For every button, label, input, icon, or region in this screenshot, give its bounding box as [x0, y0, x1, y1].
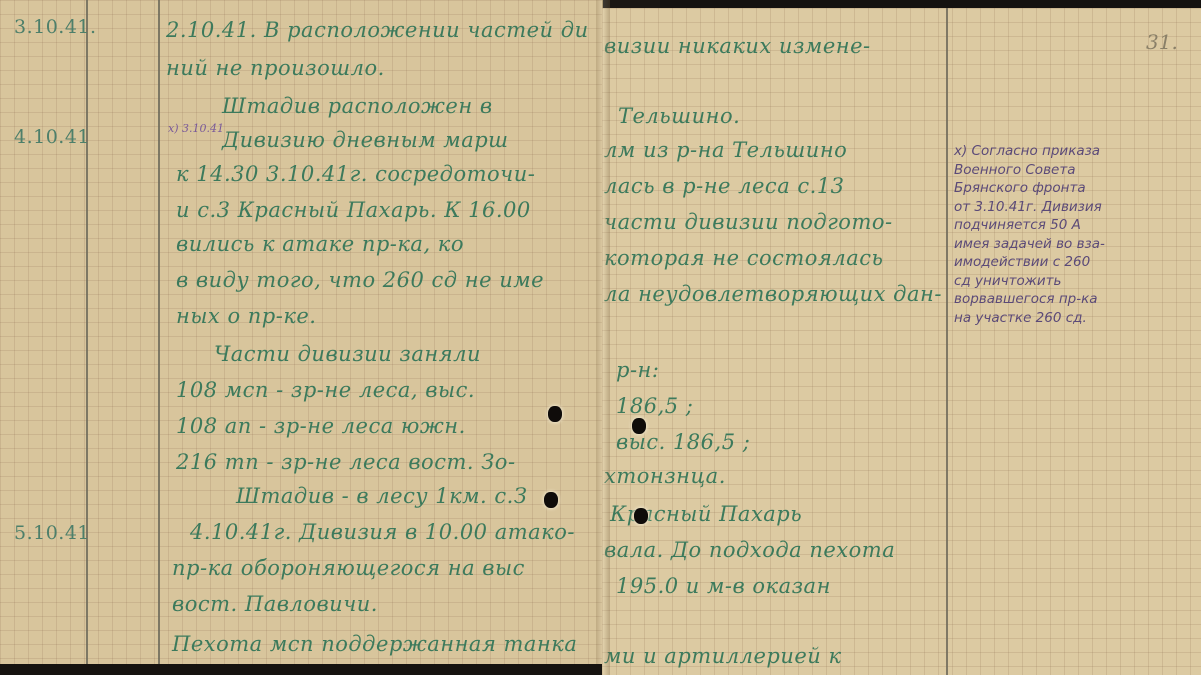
diary-line: пр-ка обороняющегося на выс	[172, 556, 525, 580]
margin-note-line: ворвавшегося пр-ка	[954, 290, 1105, 309]
text-column-rule	[158, 0, 160, 665]
bullet-hole	[544, 492, 558, 508]
diary-line: Штадив - в лесу 1км. с.З	[236, 484, 527, 508]
diary-line: р-н:	[616, 358, 659, 382]
diary-line: 108 ап - зр-не леса южн.	[176, 414, 466, 438]
diary-line: 186,5 ;	[616, 394, 693, 418]
dark-background-bottom	[0, 664, 602, 675]
diary-line: лась в р-не леса с.13	[604, 174, 845, 198]
margin-note-line: Брянского фронта	[954, 179, 1105, 198]
diary-line: части дивизии подгото-	[604, 210, 893, 234]
date-entry: 4.10.41	[14, 126, 90, 148]
diary-line: Пехота мсп поддержанная танка	[172, 632, 577, 656]
left-page: 3.10.41. 4.10.41 5.10.41 х) 3.10.41 2.10…	[0, 0, 603, 665]
diary-line: Штадив расположен в	[222, 94, 493, 118]
margin-note: х) Согласно приказа Военного Совета Брян…	[954, 142, 1105, 327]
date-column-rule	[86, 0, 88, 665]
margin-note-line: имодействии с 260	[954, 253, 1105, 272]
diary-line: 108 мсп - зр-не леса, выс.	[176, 378, 475, 402]
diary-line: лм из р-на Тельшино	[604, 138, 847, 162]
diary-line: ний не произошло.	[166, 56, 385, 80]
diary-line: в виду того, что 260 сд не име	[176, 268, 544, 292]
diary-line: Части дивизии заняли	[214, 342, 481, 366]
diary-line: вала. До подхода пехота	[604, 538, 895, 562]
book-spine-fold	[596, 0, 610, 675]
diary-line: хтонзнца.	[604, 464, 726, 488]
diary-line: и с.3 Красный Пахарь. К 16.00	[176, 198, 531, 222]
margin-note-line: имея задачей во вза-	[954, 235, 1105, 254]
diary-line: 2.10.41. В расположении частей ди	[166, 18, 589, 42]
page-number: 31.	[1146, 30, 1178, 54]
margin-column-rule	[946, 8, 948, 675]
diary-line: Дивизию дневным марш	[222, 128, 509, 152]
diary-line: ми и артиллерией к	[604, 644, 842, 668]
date-entry: 3.10.41.	[14, 16, 97, 38]
diary-line: к 14.30 3.10.41г. сосредоточи-	[176, 162, 535, 186]
diary-line: вост. Павловичи.	[172, 592, 378, 616]
margin-note-line: подчиняется 50 А	[954, 216, 1105, 235]
date-entry: 5.10.41	[14, 522, 90, 544]
diary-line: ла неудовлетворяющих дан-	[604, 282, 942, 306]
margin-note-line: сд уничтожить	[954, 272, 1105, 291]
diary-line: ных о пр-ке.	[176, 304, 316, 328]
bullet-hole	[634, 508, 648, 524]
margin-note-line: х) Согласно приказа	[954, 142, 1105, 161]
margin-note-line: от 3.10.41г. Дивизия	[954, 198, 1105, 217]
bullet-hole	[548, 406, 562, 422]
right-page: 31. визии никаких измене- Тельшино. лм и…	[602, 8, 1201, 675]
diary-line: которая не состоялась	[604, 246, 883, 270]
footnote-mark: х) 3.10.41	[168, 122, 224, 135]
diary-line: визии никаких измене-	[604, 34, 871, 58]
diary-line: 4.10.41г. Дивизия в 10.00 атако-	[190, 520, 575, 544]
margin-note-line: на участке 260 сд.	[954, 309, 1105, 328]
diary-line: вились к атаке пр-ка, ко	[176, 232, 464, 256]
diary-line: Тельшино.	[618, 104, 740, 128]
diary-line: 195.0 и м-в оказан	[616, 574, 831, 598]
margin-note-line: Военного Совета	[954, 161, 1105, 180]
diary-line: 216 тп - зр-не леса вост. Зо-	[176, 450, 516, 474]
bullet-hole	[632, 418, 646, 434]
